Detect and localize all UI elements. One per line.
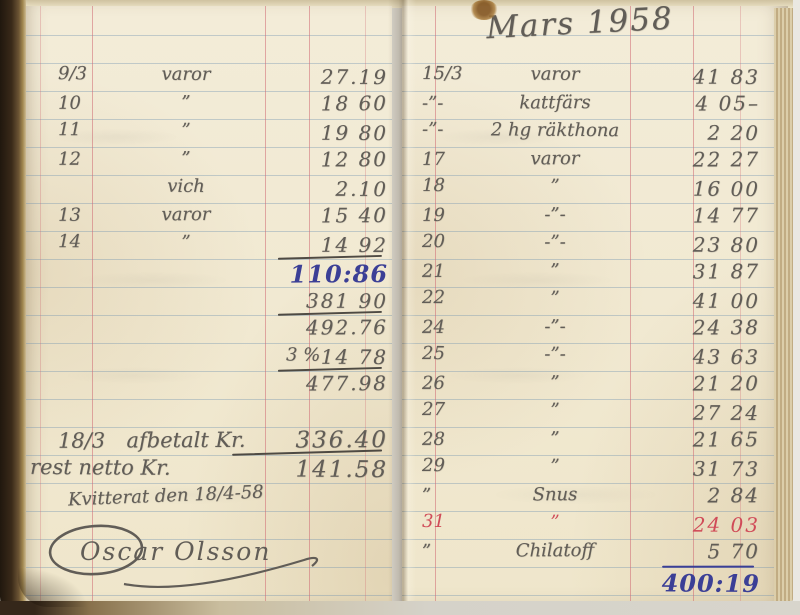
ledger-row: 381 90	[24, 287, 392, 317]
book-cover-edge	[0, 0, 26, 615]
entry-date: ”	[422, 541, 431, 562]
entry-description: ”	[488, 287, 622, 309]
entry-description: Snus	[488, 484, 622, 506]
entry-description: ”	[488, 175, 622, 197]
entry-date: 17	[422, 149, 445, 170]
entry-description: varor	[116, 204, 256, 226]
ledger-row: ”Snus2 84	[402, 483, 788, 513]
entry-amount: 2 84	[620, 483, 760, 508]
entry-description: ”	[488, 511, 622, 533]
entry-description: ”	[488, 455, 622, 477]
ledger-row: 21”31 87	[402, 259, 788, 289]
entry-date: 18	[422, 175, 445, 196]
entry-description: -”-	[488, 204, 622, 226]
entry-amount: 41 83	[620, 64, 760, 89]
ledger-row: 18”16 00	[402, 175, 788, 205]
scanner-margin	[793, 0, 800, 615]
signature-name: Oscar Olsson	[80, 537, 271, 566]
entry-description: 2 hg räkthona	[488, 119, 622, 141]
page-title-month: Mars 1958	[485, 0, 727, 46]
entry-description: ”	[488, 428, 622, 450]
ledger-row: 10”18 60	[24, 91, 392, 121]
ledger-row: 22”41 00	[402, 287, 788, 317]
entry-date: -”-	[422, 119, 444, 140]
ledger-row: -”-kattfärs4 05–	[402, 91, 788, 121]
ledger-row: 17varor22 27	[402, 147, 788, 177]
entry-description: Chilatoff	[488, 540, 622, 562]
ledger-page-right: Mars 1958 15/3varor41 83-”-kattfärs4 05–…	[402, 6, 788, 602]
entry-amount: 4 05–	[620, 91, 760, 116]
entry-date: 9/3	[58, 63, 87, 84]
entry-amount: 21 20	[620, 371, 760, 396]
entry-date: 13	[58, 205, 81, 226]
entry-description: ”	[488, 372, 622, 394]
entry-amount: 2 20	[620, 120, 760, 145]
entry-description: ”	[116, 148, 256, 170]
scanned-ledger-photo: 9/3varor27.1910”18 6011”19 8012”12 80vic…	[0, 0, 800, 615]
entry-description: ”	[116, 119, 256, 141]
entry-date: 12	[58, 149, 81, 170]
ledger-row: 25-”-43 63	[402, 343, 788, 373]
entry-amount: 400:19	[620, 568, 760, 598]
entry-description: rest netto Kr.	[30, 455, 250, 480]
ledger-row: -”-2 hg räkthona2 20	[402, 119, 788, 149]
entry-amount: 492.76	[248, 315, 388, 340]
entry-date: 22	[422, 287, 445, 308]
ledger-row: 29”31 73	[402, 455, 788, 485]
entry-amount: 12 80	[248, 147, 388, 172]
entry-amount: 5 70	[620, 539, 760, 564]
entry-amount: 18 60	[248, 91, 388, 116]
entry-description: ”	[116, 92, 256, 114]
page-stack-edge	[774, 8, 794, 605]
entry-amount: 15 40	[248, 203, 388, 228]
ledger-row: 11”19 80	[24, 119, 392, 149]
ledger-row: 3 %14 78	[24, 343, 392, 373]
ore-column-rule	[365, 6, 366, 602]
ledger-row: Kvitterat den 18/4-58	[24, 483, 392, 513]
entry-date: 28	[422, 429, 445, 450]
ink-stain	[470, 0, 498, 20]
entry-description: ”	[116, 231, 256, 253]
entry-description: ”	[488, 260, 622, 282]
ledger-row: 477.98	[24, 371, 392, 401]
entry-date: 14	[58, 231, 81, 252]
ledger-row: 31”24 03	[402, 511, 788, 541]
entry-date: ”	[422, 485, 431, 506]
ledger-row: 13varor15 40	[24, 203, 392, 233]
entry-description: -”-	[488, 316, 622, 338]
ore-column-rule	[740, 6, 741, 602]
margin-rule	[40, 6, 41, 602]
entry-amount: 24 03	[620, 512, 760, 537]
entry-amount: 31 87	[620, 259, 760, 284]
column-rule	[265, 6, 266, 602]
entry-amount: 27 24	[620, 400, 760, 425]
entry-date: 18/3	[58, 429, 105, 453]
book-spine-crease	[388, 0, 416, 605]
ledger-row: 20-”-23 80	[402, 231, 788, 261]
ledger-row: 9/3varor27.19	[24, 63, 392, 93]
ledger-row	[24, 399, 392, 429]
entry-amount: 24 38	[620, 315, 760, 340]
entry-amount: 22 27	[620, 147, 760, 172]
entry-amount: 19 80	[248, 120, 388, 145]
entry-amount: 21 65	[620, 427, 760, 452]
ledger-row: 19-”-14 77	[402, 203, 788, 233]
entry-description: Kvitterat den 18/4-58	[68, 479, 339, 511]
entry-amount: 14 92	[248, 232, 388, 257]
entry-description: ”	[488, 399, 622, 421]
signature: Oscar Olsson	[46, 520, 346, 598]
ledger-row: 110:86	[24, 259, 392, 289]
ledger-page-left: 9/3varor27.1910”18 6011”19 8012”12 80vic…	[24, 6, 392, 602]
entry-description: vich	[116, 175, 256, 197]
entry-description: varor	[488, 63, 622, 85]
entry-date: 26	[422, 373, 445, 394]
ledger-rows-left: 9/3varor27.1910”18 6011”19 8012”12 80vic…	[24, 6, 392, 602]
ledger-row: 24-”-24 38	[402, 315, 788, 345]
entry-amount: 336.40	[248, 427, 388, 454]
ledger-rows-right: 15/3varor41 83-”-kattfärs4 05–-”-2 hg rä…	[402, 6, 788, 602]
entry-amount: 14 78	[248, 344, 388, 369]
entry-amount: 477.98	[248, 371, 388, 396]
entry-amount: 16 00	[620, 176, 760, 201]
date-column-rule	[435, 6, 436, 602]
ledger-row: 27”27 24	[402, 399, 788, 429]
entry-description: -”-	[488, 231, 622, 253]
entry-amount: 381 90	[248, 288, 388, 313]
book-bottom-edge	[0, 601, 800, 615]
entry-description: -”-	[488, 343, 622, 365]
ledger-row: 26”21 20	[402, 371, 788, 401]
entry-date: 15/3	[422, 63, 463, 84]
entry-description: afbetalt Kr.	[116, 428, 256, 453]
entry-amount: 23 80	[620, 232, 760, 257]
entry-date: -”-	[422, 93, 443, 114]
ledger-row: 14”14 92	[24, 231, 392, 261]
entry-date: 29	[422, 455, 445, 476]
ledger-row: 15/3varor41 83	[402, 63, 788, 93]
entry-amount: 141.58	[248, 456, 388, 483]
ledger-row: 12”12 80	[24, 147, 392, 177]
entry-amount: 27.19	[248, 64, 388, 89]
ledger-row: 18/3afbetalt Kr.336.40	[24, 427, 392, 457]
date-column-rule	[92, 6, 93, 602]
entry-description: kattfärs	[488, 92, 622, 114]
entry-date: 19	[422, 205, 445, 226]
entry-note: 3 %	[286, 344, 320, 365]
entry-date: 11	[58, 119, 81, 140]
ledger-row: vich2.10	[24, 175, 392, 205]
entry-amount	[248, 400, 388, 401]
amount-column-rule	[309, 6, 310, 602]
column-rule	[630, 6, 631, 602]
ledger-row: rest netto Kr.141.58	[24, 455, 392, 485]
ledger-row: 400:19	[402, 567, 788, 597]
entry-description: varor	[116, 63, 256, 85]
entry-amount: 31 73	[620, 456, 760, 481]
signature-underline-flourish	[124, 558, 317, 587]
entry-amount: 2.10	[248, 176, 388, 201]
entry-date: 10	[58, 93, 81, 114]
entry-amount: 110:86	[248, 259, 388, 289]
entry-description: varor	[488, 148, 622, 170]
ledger-row: 492.76	[24, 315, 392, 345]
ledger-row: ”Chilatoff5 70	[402, 539, 788, 569]
amount-column-rule	[693, 6, 694, 602]
entry-amount: 41 00	[620, 288, 760, 313]
entry-amount	[248, 483, 388, 484]
ledger-row: 28”21 65	[402, 427, 788, 457]
entry-date: 27	[422, 399, 445, 420]
entry-date: 20	[422, 231, 445, 252]
entry-date: 31	[422, 511, 445, 532]
entry-amount: 43 63	[620, 344, 760, 369]
entry-date: 25	[422, 343, 445, 364]
entry-date: 21	[422, 261, 445, 282]
entry-date: 24	[422, 317, 445, 338]
entry-amount: 14 77	[620, 203, 760, 228]
